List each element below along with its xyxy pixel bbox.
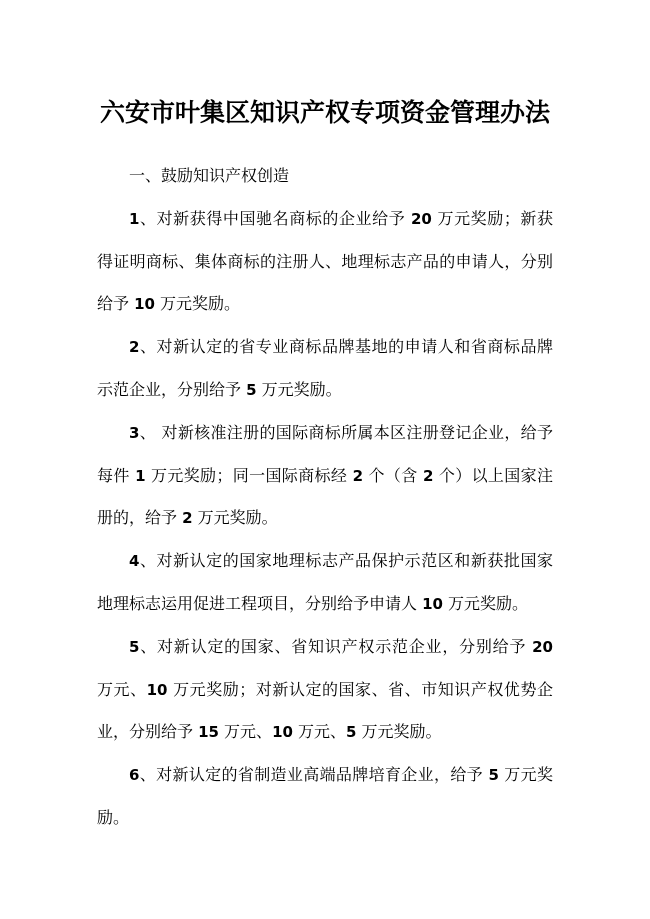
paragraph: 6、对新认定的省制造业高端品牌培育企业，给予 5 万元奖励。: [97, 754, 553, 840]
numeral: 3: [129, 424, 139, 442]
numeral: 2: [353, 467, 363, 485]
paragraph: 2、对新认定的省专业商标品牌基地的申请人和省商标品牌示范企业，分别给予 5 万元…: [97, 326, 553, 412]
paragraph: 5、对新认定的国家、省知识产权示范企业，分别给予 20 万元、10 万元奖励；对…: [97, 626, 553, 754]
numeral: 10: [134, 295, 155, 313]
numeral: 5: [488, 766, 498, 784]
numeral: 10: [422, 595, 443, 613]
numeral: 2: [129, 338, 139, 356]
paragraph: 3、 对新核准注册的国际商标所属本区注册登记企业，给予每件 1 万元奖励；同一国…: [97, 412, 553, 540]
document-title: 六安市叶集区知识产权专项资金管理办法: [97, 95, 553, 131]
numeral: 20: [532, 638, 553, 656]
numeral: 2: [182, 509, 192, 527]
numeral: 1: [135, 467, 145, 485]
paragraph: 4、对新认定的国家地理标志产品保护示范区和新获批国家地理标志运用促进工程项目，分…: [97, 540, 553, 626]
paragraph: 1、对新获得中国驰名商标的企业给予 20 万元奖励；新获得证明商标、集体商标的注…: [97, 198, 553, 326]
numeral: 1: [129, 210, 139, 228]
numeral: 10: [147, 681, 168, 699]
numeral: 4: [129, 552, 139, 570]
document-page: 六安市叶集区知识产权专项资金管理办法 一、鼓励知识产权创造1、对新获得中国驰名商…: [0, 0, 650, 919]
numeral: 10: [272, 723, 293, 741]
section-heading: 一、鼓励知识产权创造: [97, 155, 553, 198]
document-body: 一、鼓励知识产权创造1、对新获得中国驰名商标的企业给予 20 万元奖励；新获得证…: [97, 155, 553, 840]
numeral: 6: [129, 766, 139, 784]
numeral: 5: [246, 381, 256, 399]
numeral: 15: [198, 723, 219, 741]
numeral: 5: [129, 638, 139, 656]
numeral: 5: [346, 723, 356, 741]
numeral: 20: [411, 210, 432, 228]
numeral: 2: [423, 467, 433, 485]
